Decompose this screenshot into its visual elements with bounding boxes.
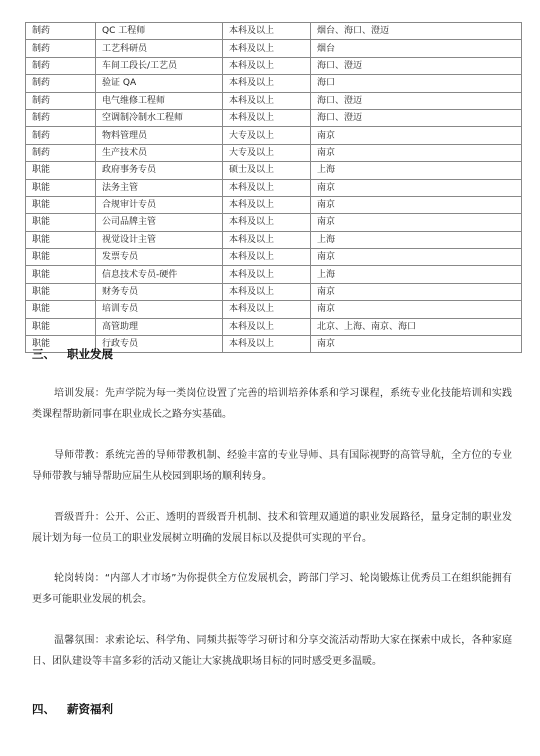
position-cell: 培训专员	[96, 301, 223, 318]
position-cell: 发票专员	[96, 249, 223, 266]
table-row: 职能财务专员本科及以上南京	[26, 283, 522, 300]
category-cell: 制药	[26, 144, 96, 161]
location-cell: 南京	[311, 336, 522, 353]
position-cell: 法务主管	[96, 179, 223, 196]
location-cell: 南京	[311, 214, 522, 231]
category-cell: 制药	[26, 23, 96, 40]
position-cell: 工艺科研员	[96, 40, 223, 57]
position-cell: 财务专员	[96, 283, 223, 300]
table-row: 职能合规审计专员本科及以上南京	[26, 196, 522, 213]
table-row: 职能发票专员本科及以上南京	[26, 249, 522, 266]
table-row: 职能视觉设计主管本科及以上上海	[26, 231, 522, 248]
table-row: 制药电气维修工程师本科及以上海口、澄迈	[26, 92, 522, 109]
education-cell: 硕士及以上	[223, 162, 311, 179]
category-cell: 职能	[26, 318, 96, 335]
jobs-table: 制药QC 工程师本科及以上烟台、海口、澄迈制药工艺科研员本科及以上烟台制药车间工…	[25, 22, 522, 353]
position-cell: QC 工程师	[96, 23, 223, 40]
position-cell: 公司品牌主管	[96, 214, 223, 231]
location-cell: 海口、澄迈	[311, 92, 522, 109]
section-heading-career: 三、职业发展	[32, 346, 113, 362]
category-cell: 职能	[26, 266, 96, 283]
position-cell: 空调制冷制水工程师	[96, 109, 223, 126]
position-cell: 电气维修工程师	[96, 92, 223, 109]
section-heading-salary: 四、薪资福利	[32, 701, 113, 717]
jobs-table-body: 制药QC 工程师本科及以上烟台、海口、澄迈制药工艺科研员本科及以上烟台制药车间工…	[26, 23, 522, 353]
category-cell: 职能	[26, 249, 96, 266]
position-cell: 物料管理员	[96, 127, 223, 144]
education-cell: 本科及以上	[223, 318, 311, 335]
category-cell: 制药	[26, 109, 96, 126]
category-cell: 制药	[26, 127, 96, 144]
table-row: 职能政府事务专员硕士及以上上海	[26, 162, 522, 179]
location-cell: 南京	[311, 283, 522, 300]
location-cell: 南京	[311, 301, 522, 318]
paragraph-training: 培训发展：先声学院为每一类岗位设置了完善的培训培养体系和学习课程，系统专业化技能…	[32, 383, 512, 425]
education-cell: 本科及以上	[223, 109, 311, 126]
table-row: 制药工艺科研员本科及以上烟台	[26, 40, 522, 57]
location-cell: 海口	[311, 75, 522, 92]
table-row: 职能信息技术专员-硬件本科及以上上海	[26, 266, 522, 283]
education-cell: 本科及以上	[223, 196, 311, 213]
location-cell: 烟台	[311, 40, 522, 57]
education-cell: 本科及以上	[223, 57, 311, 74]
education-cell: 本科及以上	[223, 214, 311, 231]
category-cell: 职能	[26, 214, 96, 231]
category-cell: 制药	[26, 75, 96, 92]
table-row: 职能法务主管本科及以上南京	[26, 179, 522, 196]
position-cell: 行政专员	[96, 336, 223, 353]
location-cell: 南京	[311, 179, 522, 196]
section-title: 薪资福利	[67, 702, 113, 716]
location-cell: 上海	[311, 162, 522, 179]
education-cell: 本科及以上	[223, 301, 311, 318]
paragraph-promotion: 晋级晋升：公开、公正、透明的晋级晋升机制、技术和管理双通道的职业发展路径，量身定…	[32, 507, 512, 549]
education-cell: 本科及以上	[223, 231, 311, 248]
location-cell: 南京	[311, 196, 522, 213]
section-number: 三、	[32, 347, 55, 361]
location-cell: 北京、上海、南京、海口	[311, 318, 522, 335]
position-cell: 验证 QA	[96, 75, 223, 92]
education-cell: 本科及以上	[223, 23, 311, 40]
location-cell: 烟台、海口、澄迈	[311, 23, 522, 40]
table-row: 职能培训专员本科及以上南京	[26, 301, 522, 318]
location-cell: 上海	[311, 266, 522, 283]
position-cell: 合规审计专员	[96, 196, 223, 213]
category-cell: 制药	[26, 40, 96, 57]
education-cell: 本科及以上	[223, 179, 311, 196]
category-cell: 制药	[26, 92, 96, 109]
education-cell: 本科及以上	[223, 249, 311, 266]
position-cell: 视觉设计主管	[96, 231, 223, 248]
table-row: 制药空调制冷制水工程师本科及以上海口、澄迈	[26, 109, 522, 126]
paragraph-mentoring: 导师带教：系统完善的导师带教机制、经验丰富的专业导师、具有国际视野的高管导航，全…	[32, 445, 512, 487]
table-row: 制药物料管理员大专及以上南京	[26, 127, 522, 144]
location-cell: 海口、澄迈	[311, 109, 522, 126]
position-cell: 车间工段长/工艺员	[96, 57, 223, 74]
education-cell: 本科及以上	[223, 92, 311, 109]
position-cell: 生产技术员	[96, 144, 223, 161]
category-cell: 职能	[26, 301, 96, 318]
table-row: 制药验证 QA本科及以上海口	[26, 75, 522, 92]
location-cell: 南京	[311, 249, 522, 266]
location-cell: 南京	[311, 144, 522, 161]
table-row: 制药车间工段长/工艺员本科及以上海口、澄迈	[26, 57, 522, 74]
education-cell: 大专及以上	[223, 144, 311, 161]
paragraph-rotation: 轮岗转岗：“内部人才市场”为你提供全方位发展机会，跨部门学习、轮岗锻炼让优秀员工…	[32, 568, 512, 610]
position-cell: 政府事务专员	[96, 162, 223, 179]
section-title: 职业发展	[67, 347, 113, 361]
table-row: 职能高管助理本科及以上北京、上海、南京、海口	[26, 318, 522, 335]
education-cell: 本科及以上	[223, 40, 311, 57]
category-cell: 职能	[26, 283, 96, 300]
table-row: 制药生产技术员大专及以上南京	[26, 144, 522, 161]
position-cell: 信息技术专员-硬件	[96, 266, 223, 283]
education-cell: 本科及以上	[223, 283, 311, 300]
education-cell: 大专及以上	[223, 127, 311, 144]
table-row: 制药QC 工程师本科及以上烟台、海口、澄迈	[26, 23, 522, 40]
category-cell: 职能	[26, 231, 96, 248]
location-cell: 上海	[311, 231, 522, 248]
category-cell: 职能	[26, 196, 96, 213]
education-cell: 本科及以上	[223, 75, 311, 92]
education-cell: 本科及以上	[223, 336, 311, 353]
paragraph-atmosphere: 温馨氛围：求索论坛、科学角、同频共振等学习研讨和分享交流活动帮助大家在探索中成长…	[32, 630, 512, 672]
education-cell: 本科及以上	[223, 266, 311, 283]
location-cell: 海口、澄迈	[311, 57, 522, 74]
category-cell: 职能	[26, 162, 96, 179]
table-row: 职能公司品牌主管本科及以上南京	[26, 214, 522, 231]
category-cell: 制药	[26, 57, 96, 74]
category-cell: 职能	[26, 179, 96, 196]
section-number: 四、	[32, 702, 55, 716]
location-cell: 南京	[311, 127, 522, 144]
position-cell: 高管助理	[96, 318, 223, 335]
